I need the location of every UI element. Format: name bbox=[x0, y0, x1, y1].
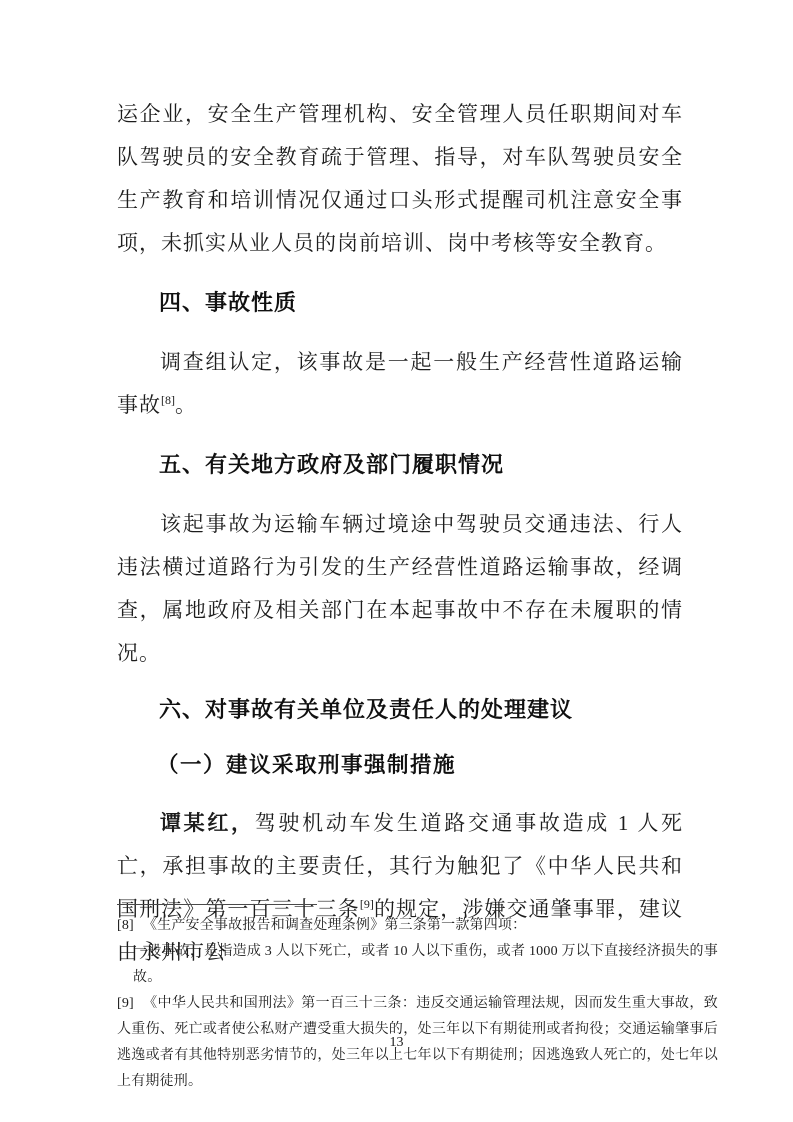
page-number: 13 bbox=[0, 1035, 793, 1051]
footnote-9-marker: [9] bbox=[117, 996, 134, 1011]
section-5-paragraph: 该起事故为运输车辆过境途中驾驶员交通违法、行人违法横过道路行为引发的生产经营性道… bbox=[117, 503, 683, 675]
footnote-separator bbox=[117, 904, 317, 905]
page-content: 运企业，安全生产管理机构、安全管理人员任职期间对车队驾驶员的安全教育疏于管理、指… bbox=[117, 93, 683, 974]
footnote-8-marker: [8] bbox=[117, 918, 134, 933]
section-4-heading: 四、事故性质 bbox=[117, 281, 683, 324]
paragraph-continuation: 运企业，安全生产管理机构、安全管理人员任职期间对车队驾驶员的安全教育疏于管理、指… bbox=[117, 93, 683, 265]
section-6-heading: 六、对事故有关单位及责任人的处理建议 bbox=[117, 688, 683, 731]
footnote-8: [8]《生产安全事故报告和调查处理条例》第三条第一款第四项： bbox=[117, 913, 718, 939]
footnote-8-text: 《生产安全事故报告和调查处理条例》第三条第一款第四项： bbox=[143, 918, 526, 933]
section-4-paragraph: 调查组认定，该事故是一起一般生产经营性道路运输事故[8]。 bbox=[117, 341, 683, 427]
footnotes-area: [8]《生产安全事故报告和调查处理条例》第三条第一款第四项： 一般事故，是指造成… bbox=[117, 904, 718, 1095]
section-4-text: 调查组认定，该事故是一起一般生产经营性道路运输事故 bbox=[117, 350, 683, 417]
person-name: 谭某红， bbox=[160, 811, 255, 835]
section-5-heading: 五、有关地方政府及部门履职情况 bbox=[117, 443, 683, 486]
section-4-text-end: 。 bbox=[175, 393, 197, 417]
document-page: 运企业，安全生产管理机构、安全管理人员任职期间对车队驾驶员的安全教育疏于管理、指… bbox=[0, 0, 793, 1122]
footnote-8-detail: 一般事故，是指造成 3 人以下死亡，或者 10 人以下重伤，或者 1000 万以… bbox=[117, 939, 718, 991]
footnote-ref-8: [8] bbox=[161, 393, 175, 407]
section-6-sub1-heading: （一）建议采取刑事强制措施 bbox=[117, 744, 683, 787]
